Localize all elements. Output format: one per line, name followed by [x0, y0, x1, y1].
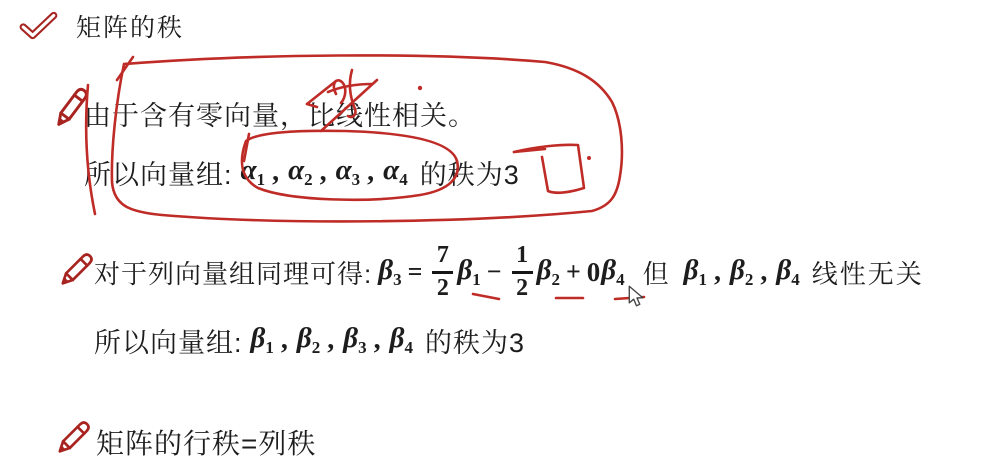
mouse-cursor [627, 285, 645, 307]
equals-sign: = [408, 259, 423, 285]
vector-symbol-α1: α1 [241, 156, 266, 188]
section1-line1-post: 线性相关。 [336, 101, 476, 131]
section1-line2: 所以向量组: α1,α2,α3,α4 的秩为3 [84, 146, 520, 198]
beta4-symbol: β4 [601, 256, 624, 288]
section2-line1-label: 对于列向量组同理可得: [94, 254, 372, 291]
section2-line1: 对于列向量组同理可得: β3 = 72 β1 − 12 β2 + 0 β4 但 … [94, 234, 924, 310]
pencil-icon [55, 250, 95, 290]
but-text: 但 [643, 254, 670, 291]
math-comma: , [327, 326, 334, 354]
section2-rank-text: 的秩为3 [425, 321, 525, 360]
math-comma: , [272, 158, 279, 186]
vector-symbol-α4: α4 [383, 156, 408, 188]
beta3-symbol: β3 [378, 256, 401, 288]
double-check-icon [18, 10, 60, 42]
alpha-vector-list: α1,α2,α3,α4 [241, 156, 408, 188]
math-comma: , [281, 326, 288, 354]
fraction-7-2: 72 [432, 243, 453, 300]
vector-symbol-β4: β4 [776, 256, 799, 288]
beta-vector-list: β1,β2,β3,β4 [251, 324, 413, 356]
vector-symbol-α2: α2 [288, 156, 313, 188]
section1-rank-text: 的秩为3 [420, 153, 520, 192]
math-comma: , [714, 258, 721, 286]
fraction-1-2: 12 [512, 243, 533, 300]
section1-line2-label: 所以向量组: [84, 153, 233, 192]
beta2-symbol: β2 [537, 256, 560, 288]
big-loop-corner-tick [117, 57, 133, 80]
math-comma: , [367, 158, 374, 186]
math-comma: , [320, 158, 327, 186]
vector-symbol-β3: β3 [343, 324, 366, 356]
rank3-box-annotation [514, 145, 584, 193]
vector-symbol-β1: β1 [684, 256, 707, 288]
section2-line2-label: 所以向量组: [94, 321, 243, 360]
page-title-row: 矩阵的秩 [18, 8, 184, 44]
section2-line2: 所以向量组: β1,β2,β3,β4 的秩为3 [94, 316, 525, 364]
math-comma: , [374, 326, 381, 354]
vector-symbol-α3: α3 [336, 156, 361, 188]
vector-symbol-β1: β1 [251, 324, 274, 356]
section3-text: 矩阵的行秩=列秩 [96, 422, 316, 462]
vector-symbol-β4: β4 [390, 324, 413, 356]
minus-sign: − [487, 259, 502, 285]
linearly-independent-text: 线性无关 [812, 254, 924, 291]
zero-coefficient: 0 [587, 259, 601, 286]
vector-symbol-β2: β2 [730, 256, 753, 288]
math-comma: , [760, 258, 767, 286]
section1-crossed-char: 比 [308, 101, 336, 131]
independent-vector-list: β1,β2,β4 [684, 256, 800, 288]
vector-symbol-β2: β2 [297, 324, 320, 356]
section1-line1-pre: 由于含有零向量， [84, 101, 308, 131]
page-title: 矩阵的秩 [76, 8, 184, 44]
section1-line1: 由于含有零向量，比线性相关。 [84, 94, 476, 133]
ink-dot [587, 156, 591, 160]
beta1-symbol: β1 [457, 256, 480, 288]
plus-sign: + [566, 259, 581, 285]
pencil-icon [52, 418, 92, 458]
